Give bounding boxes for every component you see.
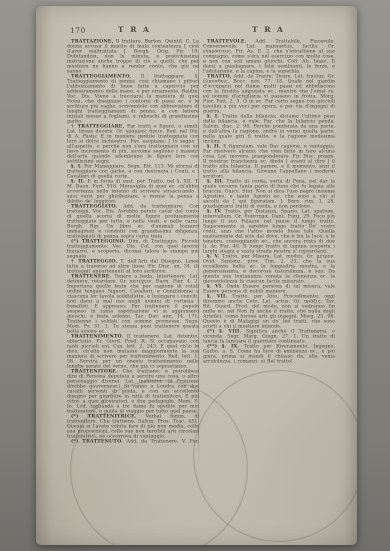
entry-paragraph: † TRATTEGGIARE, Far tratti o figure, o s… — [67, 124, 199, 164]
entry-paragraph: TRATTO, Add. da Trarre; Tirare. Lat. tra… — [203, 74, 335, 114]
entry-paragraph: §. II. E figuratam. vale Dar cagione, e … — [203, 144, 335, 179]
running-head-right: T R A — [252, 25, 285, 34]
entry-paragraph: (**) §. IX. Tratto per Riveramento, Inge… — [203, 344, 335, 364]
entry-paragraph: (*) TRATTEGGINO. Dim. di Tratteggio. Pic… — [67, 239, 199, 259]
entry-paragraph: §. III. Tratto di corda, sorta di Pena, … — [203, 179, 335, 209]
entry-paragraph: §. II. E in forza di sust. per Tratto, n… — [67, 179, 199, 204]
running-head-left: T R A — [118, 25, 151, 34]
entry-paragraph: TRATTEGGIAMENTO, Il tratteggiare. §. Tra… — [67, 74, 199, 124]
entry-headword: (**) §. IX. — [207, 344, 239, 350]
entry-paragraph: (*) TRATTENUTO. Add. da Trattenere. V. F… — [67, 439, 199, 443]
entry-headword: (*) TRATTENITRICE. — [71, 414, 137, 420]
entry-paragraph: TRATTENERE. Tenere a bada, Intertenere. … — [67, 274, 199, 334]
entry-headword: §. IV. — [207, 209, 222, 215]
right-column-text: TRATTEVOLE. Add. Trattabile, Piacevole, … — [203, 39, 335, 364]
entry-paragraph: TRATTAZIONE, Il trattare. Berton. Quinti… — [67, 39, 199, 74]
entry-headword: TRATTEGGIATO. — [71, 204, 117, 210]
entry-paragraph: §. I. Tratto della bilancia; diciamo l'u… — [203, 114, 335, 144]
entry-headword: §. VI. — [207, 284, 223, 290]
entry-headword: TRATTEGGIAMENTO, — [71, 74, 131, 80]
entry-headword: §. I. — [207, 114, 219, 120]
entry-paragraph: (*) TRATTENITRICE. Verbal femm. di tratt… — [67, 414, 199, 439]
left-column-text: TRATTAZIONE, Il trattare. Berton. Quinti… — [67, 39, 199, 443]
entry-headword: (*) TRATTENUTO. — [71, 439, 123, 444]
entry-headword: TRATTEVOLE. — [207, 39, 246, 44]
entry-headword: §. I. — [71, 164, 82, 170]
entry-headword: §. V. — [207, 254, 219, 260]
entry-paragraph: TRATTENITORE. Che trattiene; e potrebbes… — [67, 369, 199, 414]
entry-headword: TRATTO, — [207, 74, 231, 80]
entry-headword: † TRATTEGGIO. — [71, 259, 117, 265]
page-number: 170 — [70, 26, 86, 35]
entry-paragraph: † TRATTEGGIO. T. dell'Arti del Disegno. … — [67, 259, 199, 274]
entry-paragraph: §. V. Tratto, per Misura. Lat. modus. Gr… — [203, 254, 335, 284]
entry-paragraph: §. VI. Onde Essere persona di tal misura… — [203, 284, 335, 294]
entry-headword: §. III. — [207, 179, 224, 185]
entry-headword: TRATTENIMENTO. — [71, 334, 123, 340]
entry-paragraph: §. VII. Tratto, per Atto, Procedimento; … — [203, 294, 335, 329]
right-column: TRATTEVOLE. Add. Trattabile, Piacevole, … — [203, 39, 335, 465]
entry-paragraph: TRATTEGGIATO. Add. da tratteggiare; Con … — [67, 204, 199, 239]
entry-headword: TRATTENERE. — [71, 274, 111, 280]
entry-headword: (*) §. VIII. — [207, 329, 241, 335]
entry-headword: §. II. — [71, 179, 85, 185]
entry-paragraph: TRATTEVOLE. Add. Trattabile, Piacevole, … — [203, 39, 335, 74]
entry-headword: §. II. — [207, 144, 221, 150]
entry-paragraph: §. IV. Tratto, per Distanza, Spazio. Lat… — [203, 209, 335, 254]
entry-paragraph: (*) §. VIII. Significa anche il Trattene… — [203, 329, 335, 344]
entry-paragraph: TRATTENIMENTO. Il trattenere. Lat. deten… — [67, 334, 199, 369]
entry-headword: §. VII. — [207, 294, 227, 300]
entry-headword: † TRATTEGGIARE, — [71, 124, 124, 130]
scanned-book-page: 170 T R A T R A TRATTAZIONE, Il trattare… — [36, 6, 357, 545]
entry-paragraph: §. I. Per Maneggiare. Segn. Ett. 113. Mi… — [67, 164, 199, 179]
entry-headword: (*) TRATTEGGINO. — [71, 239, 125, 245]
entry-headword: TRATTENITORE. — [71, 369, 118, 375]
left-column: TRATTAZIONE, Il trattare. Berton. Quinti… — [67, 39, 199, 443]
entry-headword: TRATTAZIONE, — [71, 39, 114, 44]
